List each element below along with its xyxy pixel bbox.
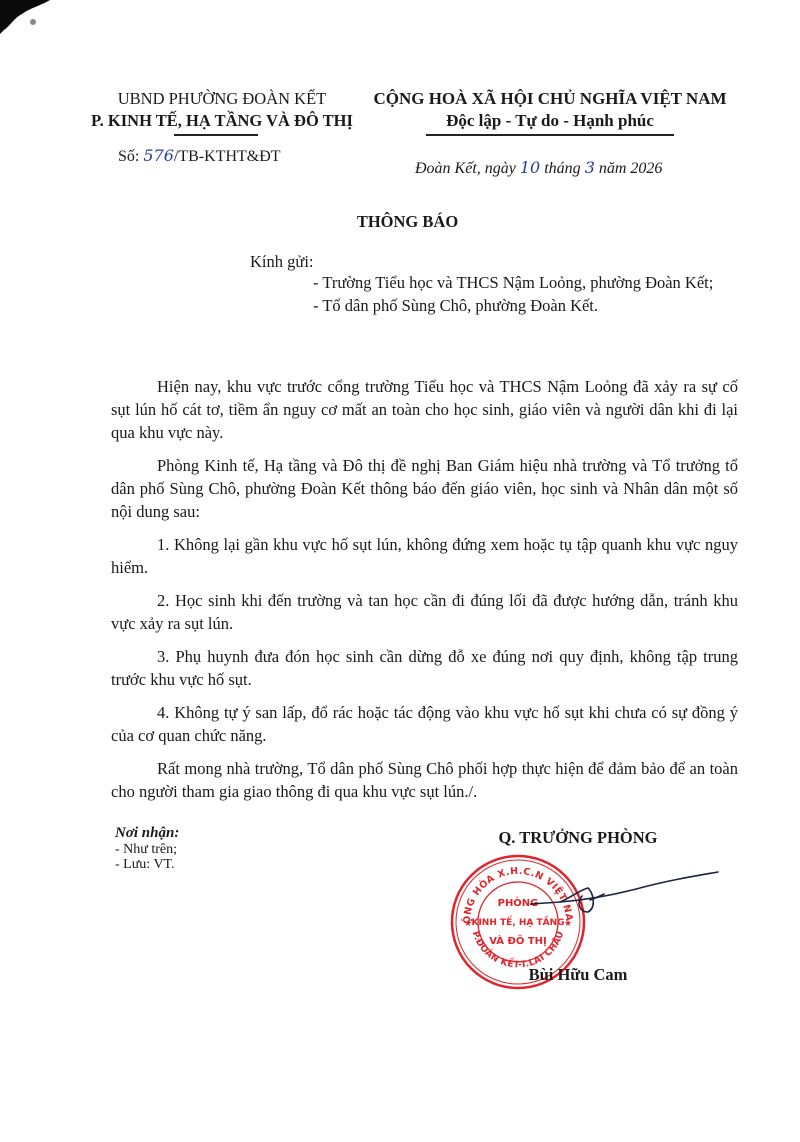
recipients-heading: Nơi nhận: xyxy=(115,826,179,842)
handwritten-month: 3 xyxy=(585,158,595,177)
scan-corner-artifact xyxy=(0,0,60,40)
body-item: 4. Không tự ý san lấp, đổ rác hoặc tác đ… xyxy=(111,701,738,747)
body-item: 2. Học sinh khi đến trường và tan học cầ… xyxy=(111,589,738,635)
agency-header: UBND PHƯỜNG ĐOÀN KẾT P. KINH TẾ, HẠ TẦNG… xyxy=(82,88,362,136)
national-motto: Độc lập - Tự do - Hạnh phúc xyxy=(355,110,745,132)
signer-title: Q. TRƯỞNG PHÒNG xyxy=(478,828,678,848)
handwritten-day: 10 xyxy=(520,158,540,177)
stamp-inner-3: VÀ ĐÔ THỊ xyxy=(489,934,547,947)
issuing-department: P. KINH TẾ, HẠ TẦNG VÀ ĐÔ THỊ xyxy=(82,110,362,132)
motto-underline xyxy=(426,134,674,136)
body-paragraph: Hiện nay, khu vực trước cổng trường Tiểu… xyxy=(111,375,738,444)
recipients-footer: Nơi nhận: - Như trên; - Lưu: VT. xyxy=(115,826,179,873)
document-title: THÔNG BÁO xyxy=(0,212,800,232)
body-closing: Rất mong nhà trường, Tổ dân phố Sùng Chô… xyxy=(111,757,738,803)
body-item: 3. Phụ huynh đưa đón học sinh cần dừng đ… xyxy=(111,645,738,691)
parent-agency: UBND PHƯỜNG ĐOÀN KẾT xyxy=(82,88,362,110)
document-body: Hiện nay, khu vực trước cổng trường Tiểu… xyxy=(111,375,738,813)
issue-date: Đoàn Kết, ngày 10 tháng 3 năm 2026 xyxy=(415,158,662,178)
header-underline xyxy=(174,134,258,136)
handwritten-signature xyxy=(530,868,720,928)
national-title: CỘNG HOÀ XÃ HỘI CHỦ NGHĨA VIỆT NAM xyxy=(355,88,745,110)
addressee-list: - Trường Tiểu học và THCS Nậm Loỏng, phư… xyxy=(313,272,738,317)
national-header: CỘNG HOÀ XÃ HỘI CHỦ NGHĨA VIỆT NAM Độc l… xyxy=(355,88,745,136)
body-item: 1. Không lại gần khu vực hố sụt lún, khô… xyxy=(111,533,738,579)
signer-name: Bùi Hữu Cam xyxy=(478,965,678,985)
addressee-item: - Tổ dân phố Sùng Chô, phường Đoàn Kết. xyxy=(313,295,738,318)
recipient-item: - Lưu: VT. xyxy=(115,857,179,873)
handwritten-number: 576 xyxy=(143,146,174,165)
addressee-label: Kính gửi: xyxy=(250,252,314,272)
body-paragraph: Phòng Kinh tế, Hạ tầng và Đô thị đề nghị… xyxy=(111,454,738,523)
recipient-item: - Như trên; xyxy=(115,842,179,858)
document-number: Số: 576/TB-KTHT&ĐT xyxy=(118,146,281,166)
addressee-item: - Trường Tiểu học và THCS Nậm Loỏng, phư… xyxy=(313,272,738,295)
